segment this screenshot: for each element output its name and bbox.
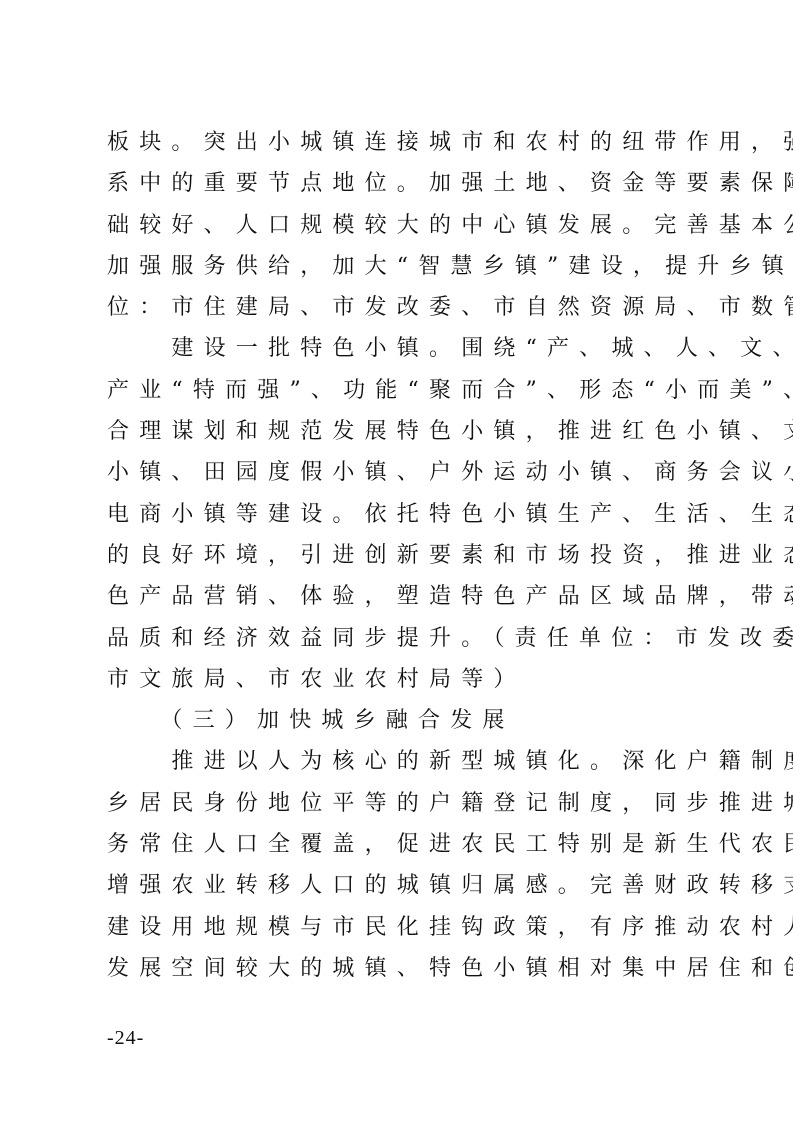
paragraph-line: 色产品营销、体验，塑造特色产品区域品牌，带动周边乡村产品 xyxy=(107,576,697,617)
paragraph-line: 板块。突出小城镇连接城市和农村的纽带作用，强化其在城镇体 xyxy=(107,122,697,163)
paragraph-line: 加强服务供给，加大“智慧乡镇”建设，提升乡镇品位。（责任单 xyxy=(107,246,697,287)
paragraph-line: 市文旅局、市农业农村局等） xyxy=(107,659,697,700)
paragraph-line: 系中的重要节点地位。加强土地、资金等要素保障，支持产业基 xyxy=(107,163,697,204)
paragraph-line: 建设一批特色小镇。围绕“产、城、人、文、游”元素，立足 xyxy=(107,328,697,369)
paragraph-line: 位：市住建局、市发改委、市自然资源局、市数管局等） xyxy=(107,287,697,328)
paragraph-line: 合理谋划和规范发展特色小镇，推进红色小镇、文创小镇、农旅 xyxy=(107,411,697,452)
paragraph-line: 发展空间较大的城镇、特色小镇相对集中居住和创业发展。有效 xyxy=(107,948,697,989)
document-page: 板块。突出小城镇连接城市和农村的纽带作用，强化其在城镇体 系中的重要节点地位。加… xyxy=(0,0,793,1122)
paragraph-line: 推进以人为核心的新型城镇化。深化户籍制度改革，构建城 xyxy=(107,741,697,782)
section-heading: （三）加快城乡融合发展 xyxy=(107,700,697,741)
page-number: -24- xyxy=(107,1027,144,1050)
paragraph-line: 产业“特而强”、功能“聚而合”、形态“小而美”、机制“新而活”， xyxy=(107,370,697,411)
paragraph-line: 务常住人口全覆盖，促进农民工特别是新生代农民工融入城镇， xyxy=(107,824,697,865)
paragraph-line: 品质和经济效益同步提升。（责任单位：市发改委、市住建局、 xyxy=(107,618,697,659)
paragraph-line: 小镇、田园度假小镇、户外运动小镇、商务会议小镇、养生小镇、 xyxy=(107,452,697,493)
paragraph-line: 的良好环境，引进创新要素和市场投资，推进业态创新，强化特 xyxy=(107,535,697,576)
body-text: 板块。突出小城镇连接城市和农村的纽带作用，强化其在城镇体 系中的重要节点地位。加… xyxy=(107,122,697,989)
paragraph-line: 增强农业转移人口的城镇归属感。完善财政转移支付和城镇新增 xyxy=(107,865,697,906)
paragraph-line: 乡居民身份地位平等的户籍登记制度，同步推进城镇基本公共服 xyxy=(107,783,697,824)
paragraph-line: 础较好、人口规模较大的中心镇发展。完善基本公共服务设施， xyxy=(107,205,697,246)
paragraph-line: 电商小镇等建设。依托特色小镇生产、生活、生态“三生融合” xyxy=(107,494,697,535)
paragraph-line: 建设用地规模与市民化挂钩政策，有序推动农村人口向条件较好、 xyxy=(107,907,697,948)
